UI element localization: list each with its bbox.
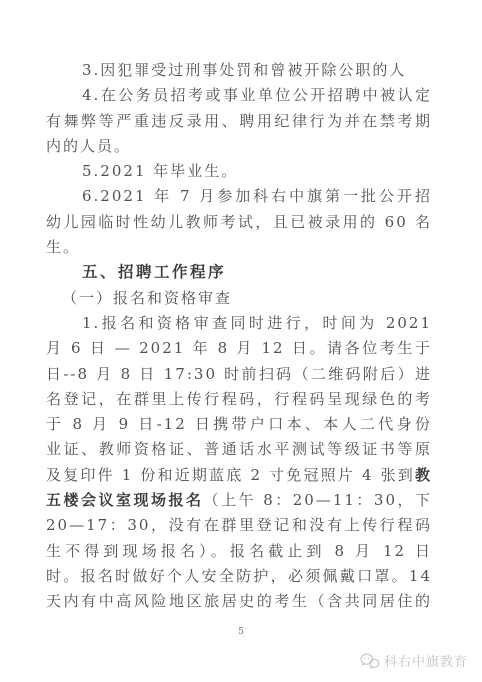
line-text: 业证、教师资格证、普通话水平测试等级证书等原件	[46, 440, 432, 462]
subsection-heading: （一）报名和资格审查	[46, 286, 432, 311]
doc-line: 月 6 日 — 2021 年 8 月 12 日。请各位考生于 8 月 6	[46, 336, 432, 361]
line-text: 名登记，在群里上传行程码，行程码呈现绿色的考生	[46, 390, 432, 412]
line-text: 生不得到现场报名）。报名截止到 8 月 12 日 17:30	[46, 542, 432, 564]
line-text: 天内有中高风险地区旅居史的考生（含共同居住的家	[46, 592, 432, 614]
doc-line: 4.在公务员招考或事业单位公开招聘中被认定	[46, 83, 432, 108]
doc-line: 内的人员。	[46, 134, 432, 159]
doc-line: 幼儿园临时性幼儿教师考试，且已被录用的 60 名考	[46, 210, 432, 235]
document-page: 3.因犯罪受过刑事处罚和曾被开除公职的人员。 4.在公务员招考或事业单位公开招聘…	[0, 0, 482, 682]
doc-line: 于 8 月 9 日-12 日携带户口本、本人二代身份证、毕	[46, 412, 432, 437]
line-text: 5.2021 年毕业生。	[82, 162, 238, 180]
line-text: 6.2021 年 7 月参加科右中旗第一批公开招聘公办	[82, 187, 432, 209]
line-text: 有舞弊等严重违反录用、聘用纪律行为并在禁考期限	[46, 112, 432, 134]
line-text: 时。报名时做好个人安全防护，必须佩戴口罩。14	[46, 567, 432, 585]
document-body: 3.因犯罪受过刑事处罚和曾被开除公职的人员。 4.在公务员招考或事业单位公开招聘…	[46, 58, 432, 615]
line-text: （一）报名和资格审查	[62, 289, 232, 307]
doc-line: 日--8 月 8 日 17:30 时前扫码（二维码附后）进群实	[46, 362, 432, 387]
line-text: 及复印件 1 份和近期蓝底 2 寸免冠照片 4 张到	[46, 466, 415, 484]
doc-line: 6.2021 年 7 月参加科右中旗第一批公开招聘公办	[46, 184, 432, 209]
doc-line: 生不得到现场报名）。报名截止到 8 月 12 日 17:30	[46, 539, 432, 564]
doc-line: 五楼会议室现场报名（上午 8：20—11：30，下午 14：	[46, 488, 432, 513]
doc-line: 名登记，在群里上传行程码，行程码呈现绿色的考生	[46, 387, 432, 412]
line-text: 幼儿园临时性幼儿教师考试，且已被录用的 60 名考	[46, 213, 432, 235]
doc-line: 及复印件 1 份和近期蓝底 2 寸免冠照片 4 张到教育局	[46, 463, 432, 488]
watermark: 科右中旗教育	[360, 651, 468, 670]
doc-line: 业证、教师资格证、普通话水平测试等级证书等原件	[46, 437, 432, 462]
doc-line: 1.报名和资格审查同时进行，时间为 2021 年 8	[46, 311, 432, 336]
line-text: 生。	[46, 238, 80, 256]
doc-line: 有舞弊等严重违反录用、聘用纪律行为并在禁考期限	[46, 109, 432, 134]
watermark-label: 科右中旗教育	[384, 651, 468, 670]
page-number: 5	[0, 627, 482, 637]
line-text: 20—17：30，没有在群里登记和没有上传行程码的考	[46, 516, 432, 538]
line-text: 月 6 日 — 2021 年 8 月 12 日。请各位考生于 8 月 6	[46, 339, 432, 361]
line-text: 内的人员。	[46, 137, 131, 155]
line-text: 1.报名和资格审查同时进行，时间为 2021 年 8	[82, 314, 432, 336]
line-text: 3.因犯罪受过刑事处罚和曾被开除公职的人员。	[82, 61, 406, 83]
section-heading: 五、招聘工作程序	[46, 260, 432, 285]
line-bold-text: 五楼会议室现场报名	[46, 491, 203, 509]
wechat-logo-icon	[360, 653, 380, 669]
doc-line: 5.2021 年毕业生。	[46, 159, 432, 184]
doc-line: 时。报名时做好个人安全防护，必须佩戴口罩。14	[46, 564, 432, 589]
doc-line: 20—17：30，没有在群里登记和没有上传行程码的考	[46, 513, 432, 538]
doc-line: 3.因犯罪受过刑事处罚和曾被开除公职的人员。	[46, 58, 432, 83]
line-text: 4.在公务员招考或事业单位公开招聘中被认定	[82, 86, 432, 104]
line-text: 日--8 月 8 日 17:30 时前扫码（二维码附后）进群实	[46, 365, 432, 387]
doc-line: 天内有中高风险地区旅居史的考生（含共同居住的家	[46, 589, 432, 614]
doc-line: 生。	[46, 235, 432, 260]
line-text: 于 8 月 9 日-12 日携带户口本、本人二代身份证、毕	[46, 415, 432, 437]
line-text: 五、招聘工作程序	[82, 264, 226, 281]
